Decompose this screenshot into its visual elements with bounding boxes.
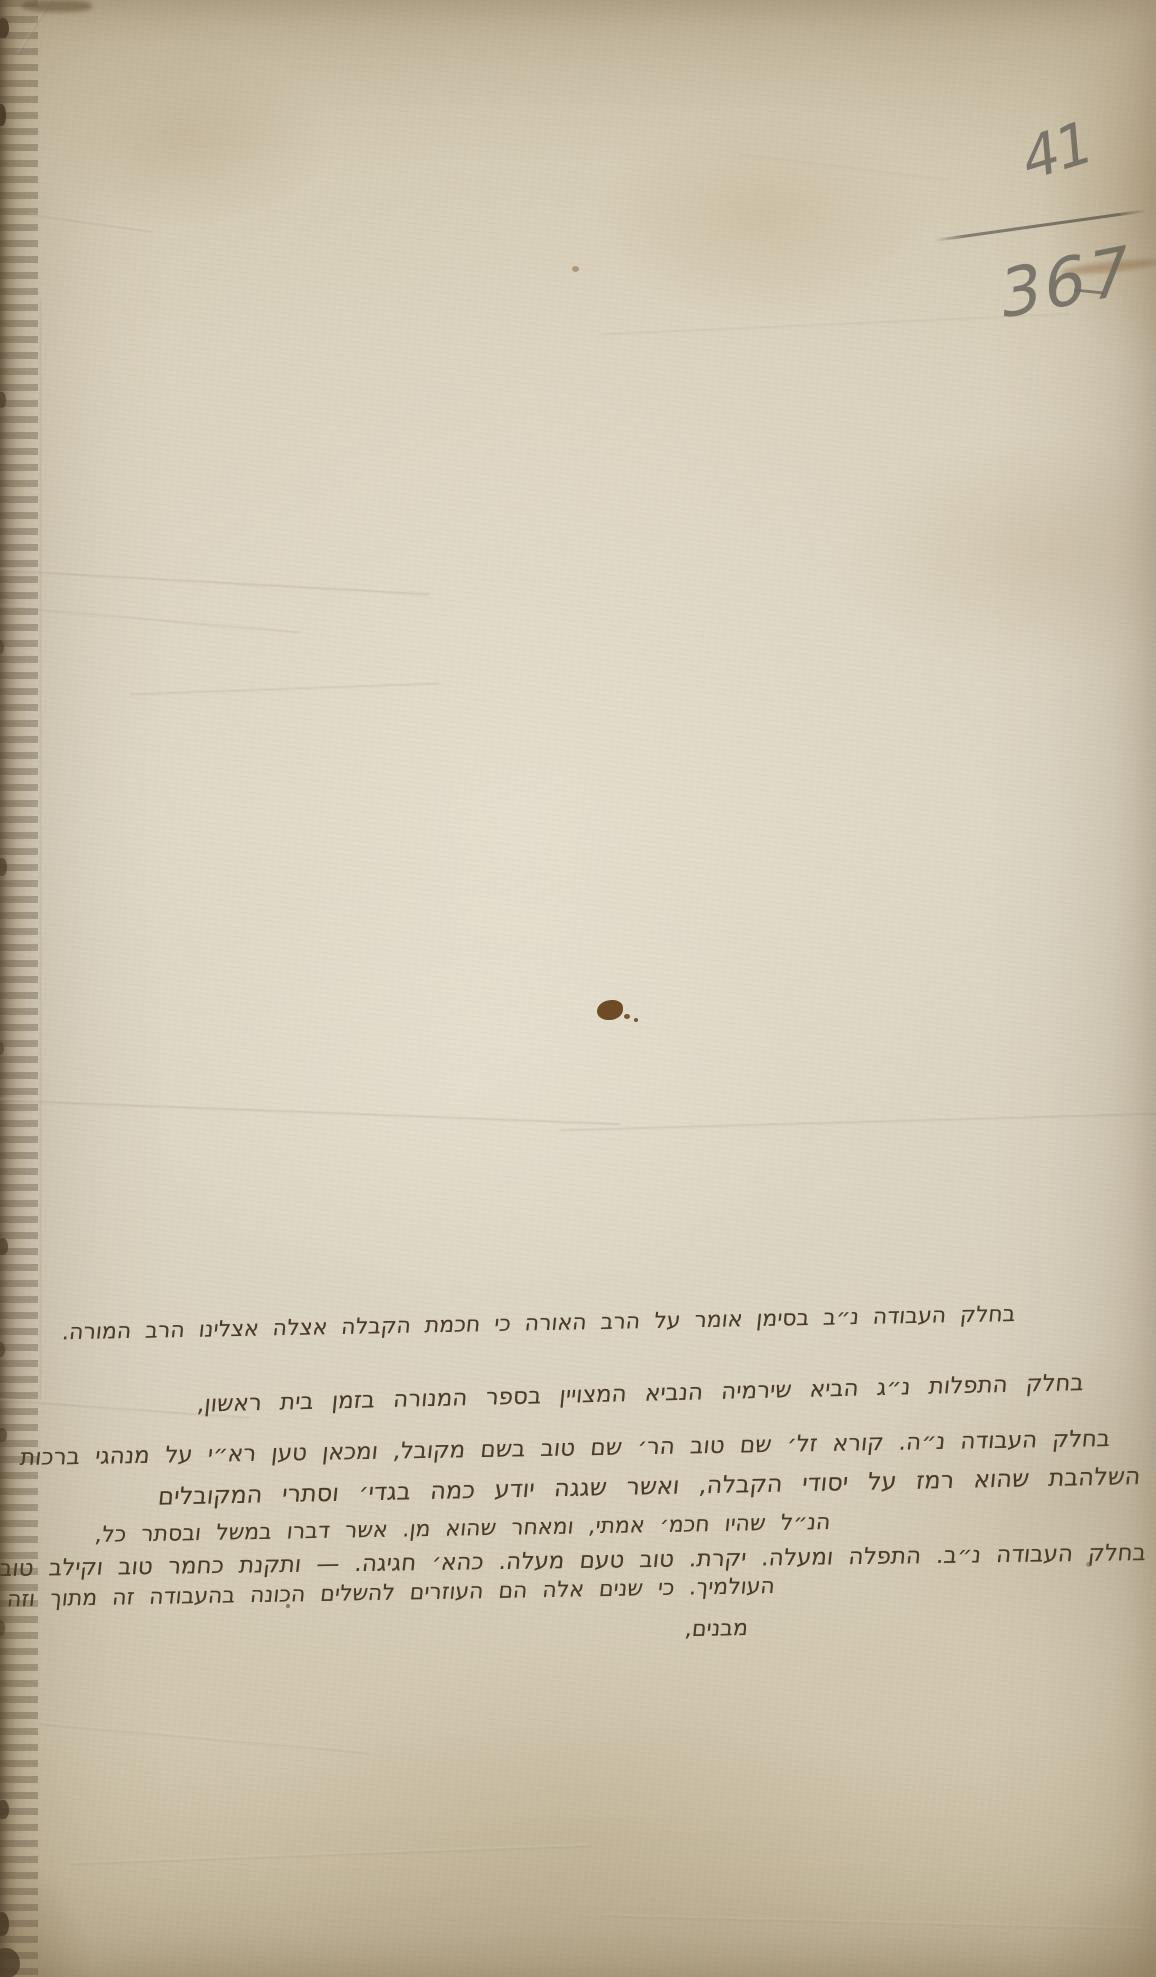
scanned-manuscript-page: 41 367 בחלק העבודה נ״ב בסימן אומר על הרב…: [0, 0, 1156, 1977]
edge-vignette: [0, 0, 1156, 1977]
